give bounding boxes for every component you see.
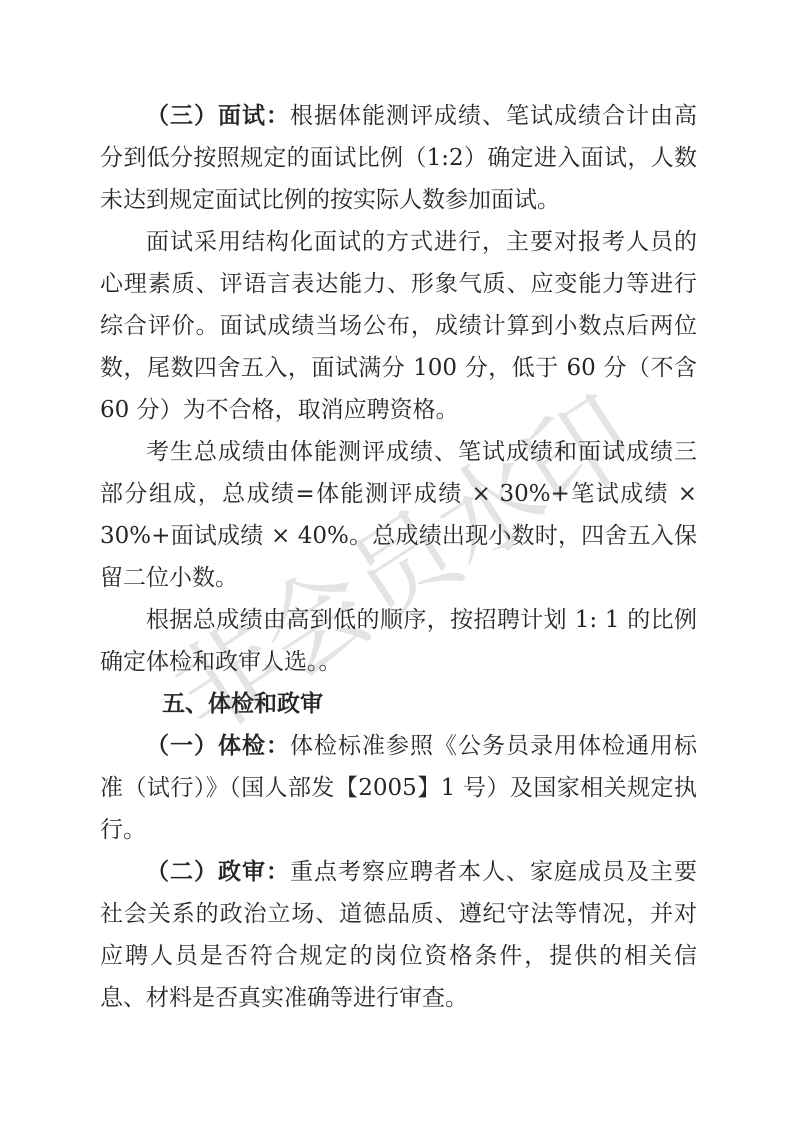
paragraph-text: 考生总成绩由体能测评成绩、笔试成绩和面试成绩三部分组成，总成绩=体能测评成绩 ×… xyxy=(100,439,697,591)
paragraph-prefix-interview: （三）面试： xyxy=(146,102,290,129)
section-heading-physical-political: 五、体检和政审 xyxy=(100,683,697,725)
section-heading-text: 五、体检和政审 xyxy=(162,690,323,717)
document-content: （三）面试：根据体能测评成绩、笔试成绩合计由高分到低分按照规定的面试比例（1:2… xyxy=(100,95,697,1019)
paragraph-selection-ratio: 根据总成绩由高到低的顺序，按招聘计划 1: 1 的比例确定体检和政审人选。。 xyxy=(100,599,697,683)
paragraph-prefix-political-review: （二）政审： xyxy=(146,858,290,885)
paragraph-total-score: 考生总成绩由体能测评成绩、笔试成绩和面试成绩三部分组成，总成绩=体能测评成绩 ×… xyxy=(100,431,697,599)
paragraph-political-review: （二）政审：重点考察应聘者本人、家庭成员及主要社会关系的政治立场、道德品质、遵纪… xyxy=(100,851,697,1019)
paragraph-interview-rule: （三）面试：根据体能测评成绩、笔试成绩合计由高分到低分按照规定的面试比例（1:2… xyxy=(100,95,697,221)
paragraph-text: 面试采用结构化面试的方式进行，主要对报考人员的心理素质、评语言表达能力、形象气质… xyxy=(100,229,697,423)
paragraph-physical-exam: （一）体检：体检标准参照《公务员录用体检通用标准（试行）》（国人部发【2005】… xyxy=(100,725,697,851)
paragraph-text: 根据总成绩由高到低的顺序，按招聘计划 1: 1 的比例确定体检和政审人选。。 xyxy=(100,607,697,675)
document-page: 非 会 员 水 印 （三）面试：根据体能测评成绩、笔试成绩合计由高分到低分按照规… xyxy=(0,0,794,1123)
paragraph-interview-format: 面试采用结构化面试的方式进行，主要对报考人员的心理素质、评语言表达能力、形象气质… xyxy=(100,221,697,431)
paragraph-prefix-physical-exam: （一）体检： xyxy=(146,732,290,759)
